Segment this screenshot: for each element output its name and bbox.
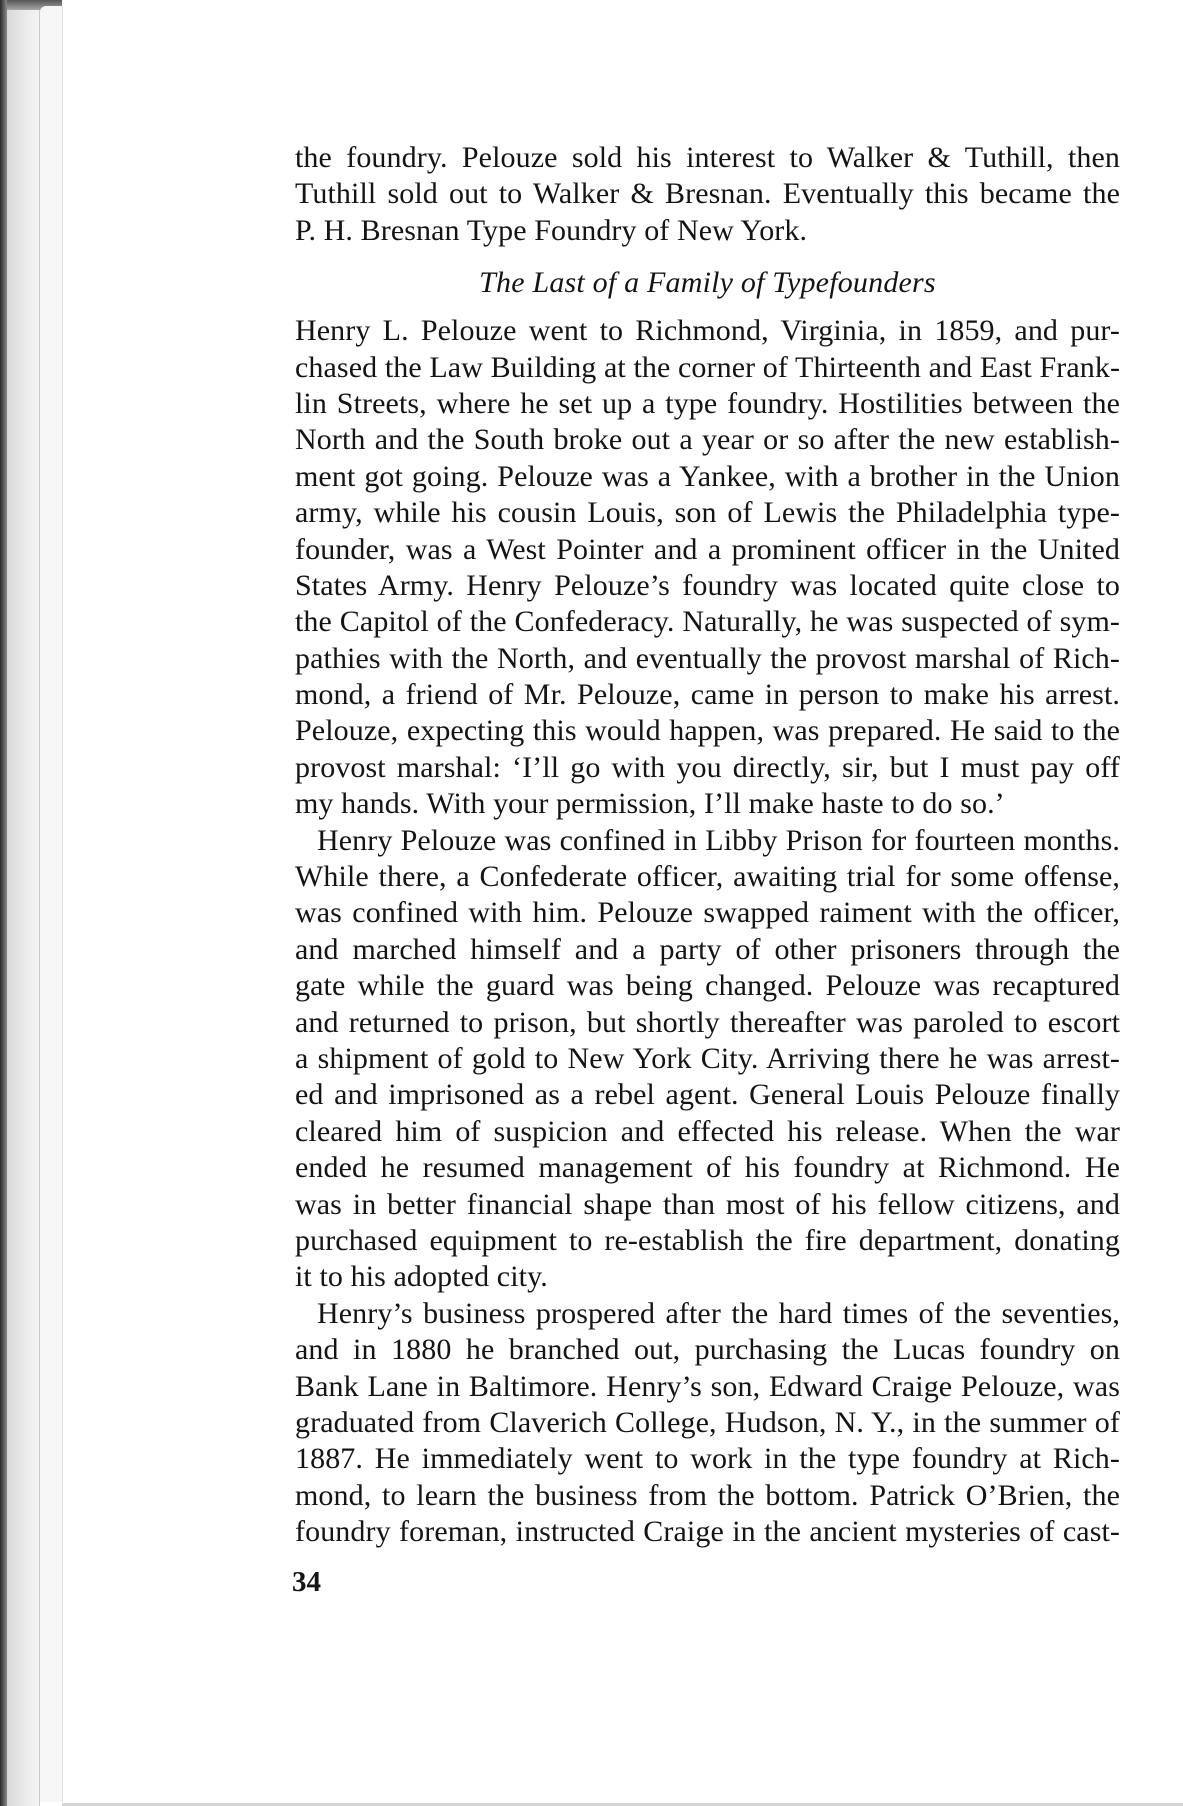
text-line: Henry Pelouze was confined in Libby Pris… [295, 823, 1120, 859]
text-line: graduated from Claverich College, Hudson… [295, 1405, 1120, 1441]
text-line: ment got going. Pelouze was a Yankee, wi… [295, 459, 1120, 495]
text-line: a shipment of gold to New York City. Arr… [295, 1041, 1120, 1077]
text-line: gate while the guard was being changed. … [295, 968, 1120, 1004]
text-line: and in 1880 he branched out, purchasing … [295, 1332, 1120, 1368]
page-body: the foundry. Pelouze sold his interest t… [295, 140, 1120, 1550]
paragraph-3: Henry’s business prospered after the har… [295, 1296, 1120, 1551]
paragraph-1: Henry L. Pelouze went to Richmond, Virgi… [295, 313, 1120, 822]
text-line: the foundry. Pelouze sold his interest t… [295, 140, 1120, 176]
text-line: my hands. With your permission, I’ll mak… [295, 786, 1120, 822]
text-line: lin Streets, where he set up a type foun… [295, 386, 1120, 422]
text-line: States Army. Henry Pelouze’s foundry was… [295, 568, 1120, 604]
text-line: ed and imprisoned as a rebel agent. Gene… [295, 1077, 1120, 1113]
text-line: mond, a friend of Mr. Pelouze, came in p… [295, 677, 1120, 713]
text-line: founder, was a West Pointer and a promin… [295, 532, 1120, 568]
section-heading: The Last of a Family of Typefounders [295, 265, 1120, 301]
opening-paragraph: the foundry. Pelouze sold his interest t… [295, 140, 1120, 249]
page-number: 34 [292, 1566, 321, 1599]
text-line: provost marshal: ‘I’ll go with you direc… [295, 750, 1120, 786]
text-line: Bank Lane in Baltimore. Henry’s son, Edw… [295, 1369, 1120, 1405]
scan-page-margin-edge [40, 6, 63, 1802]
text-line: 1887. He immediately went to work in the… [295, 1441, 1120, 1477]
scan-page-edge [7, 10, 40, 1806]
text-line: Henry’s business prospered after the har… [295, 1296, 1120, 1332]
text-line: was in better financial shape than most … [295, 1187, 1120, 1223]
text-line: chased the Law Building at the corner of… [295, 350, 1120, 386]
text-line: and returned to prison, but shortly ther… [295, 1005, 1120, 1041]
text-line: purchased equipment to re-establish the … [295, 1223, 1120, 1259]
text-line: Tuthill sold out to Walker & Bresnan. Ev… [295, 176, 1120, 212]
text-line: Pelouze, expecting this would happen, wa… [295, 713, 1120, 749]
text-line: cleared him of suspicion and effected hi… [295, 1114, 1120, 1150]
text-line: ended he resumed management of his found… [295, 1150, 1120, 1186]
scan-binding-shadow [0, 0, 7, 1806]
text-line: pathies with the North, and eventually t… [295, 641, 1120, 677]
text-line: foundry foreman, instructed Craige in th… [295, 1514, 1120, 1550]
text-line: P. H. Bresnan Type Foundry of New York. [295, 213, 1120, 249]
text-line: mond, to learn the business from the bot… [295, 1478, 1120, 1514]
text-line: North and the South broke out a year or … [295, 422, 1120, 458]
text-line: While there, a Confederate officer, awai… [295, 859, 1120, 895]
text-line: was confined with him. Pelouze swapped r… [295, 895, 1120, 931]
text-line: and marched himself and a party of other… [295, 932, 1120, 968]
paragraph-2: Henry Pelouze was confined in Libby Pris… [295, 823, 1120, 1296]
text-line: army, while his cousin Louis, son of Lew… [295, 495, 1120, 531]
text-line: Henry L. Pelouze went to Richmond, Virgi… [295, 313, 1120, 349]
text-line: it to his adopted city. [295, 1259, 1120, 1295]
text-line: the Capitol of the Confederacy. Naturall… [295, 604, 1120, 640]
